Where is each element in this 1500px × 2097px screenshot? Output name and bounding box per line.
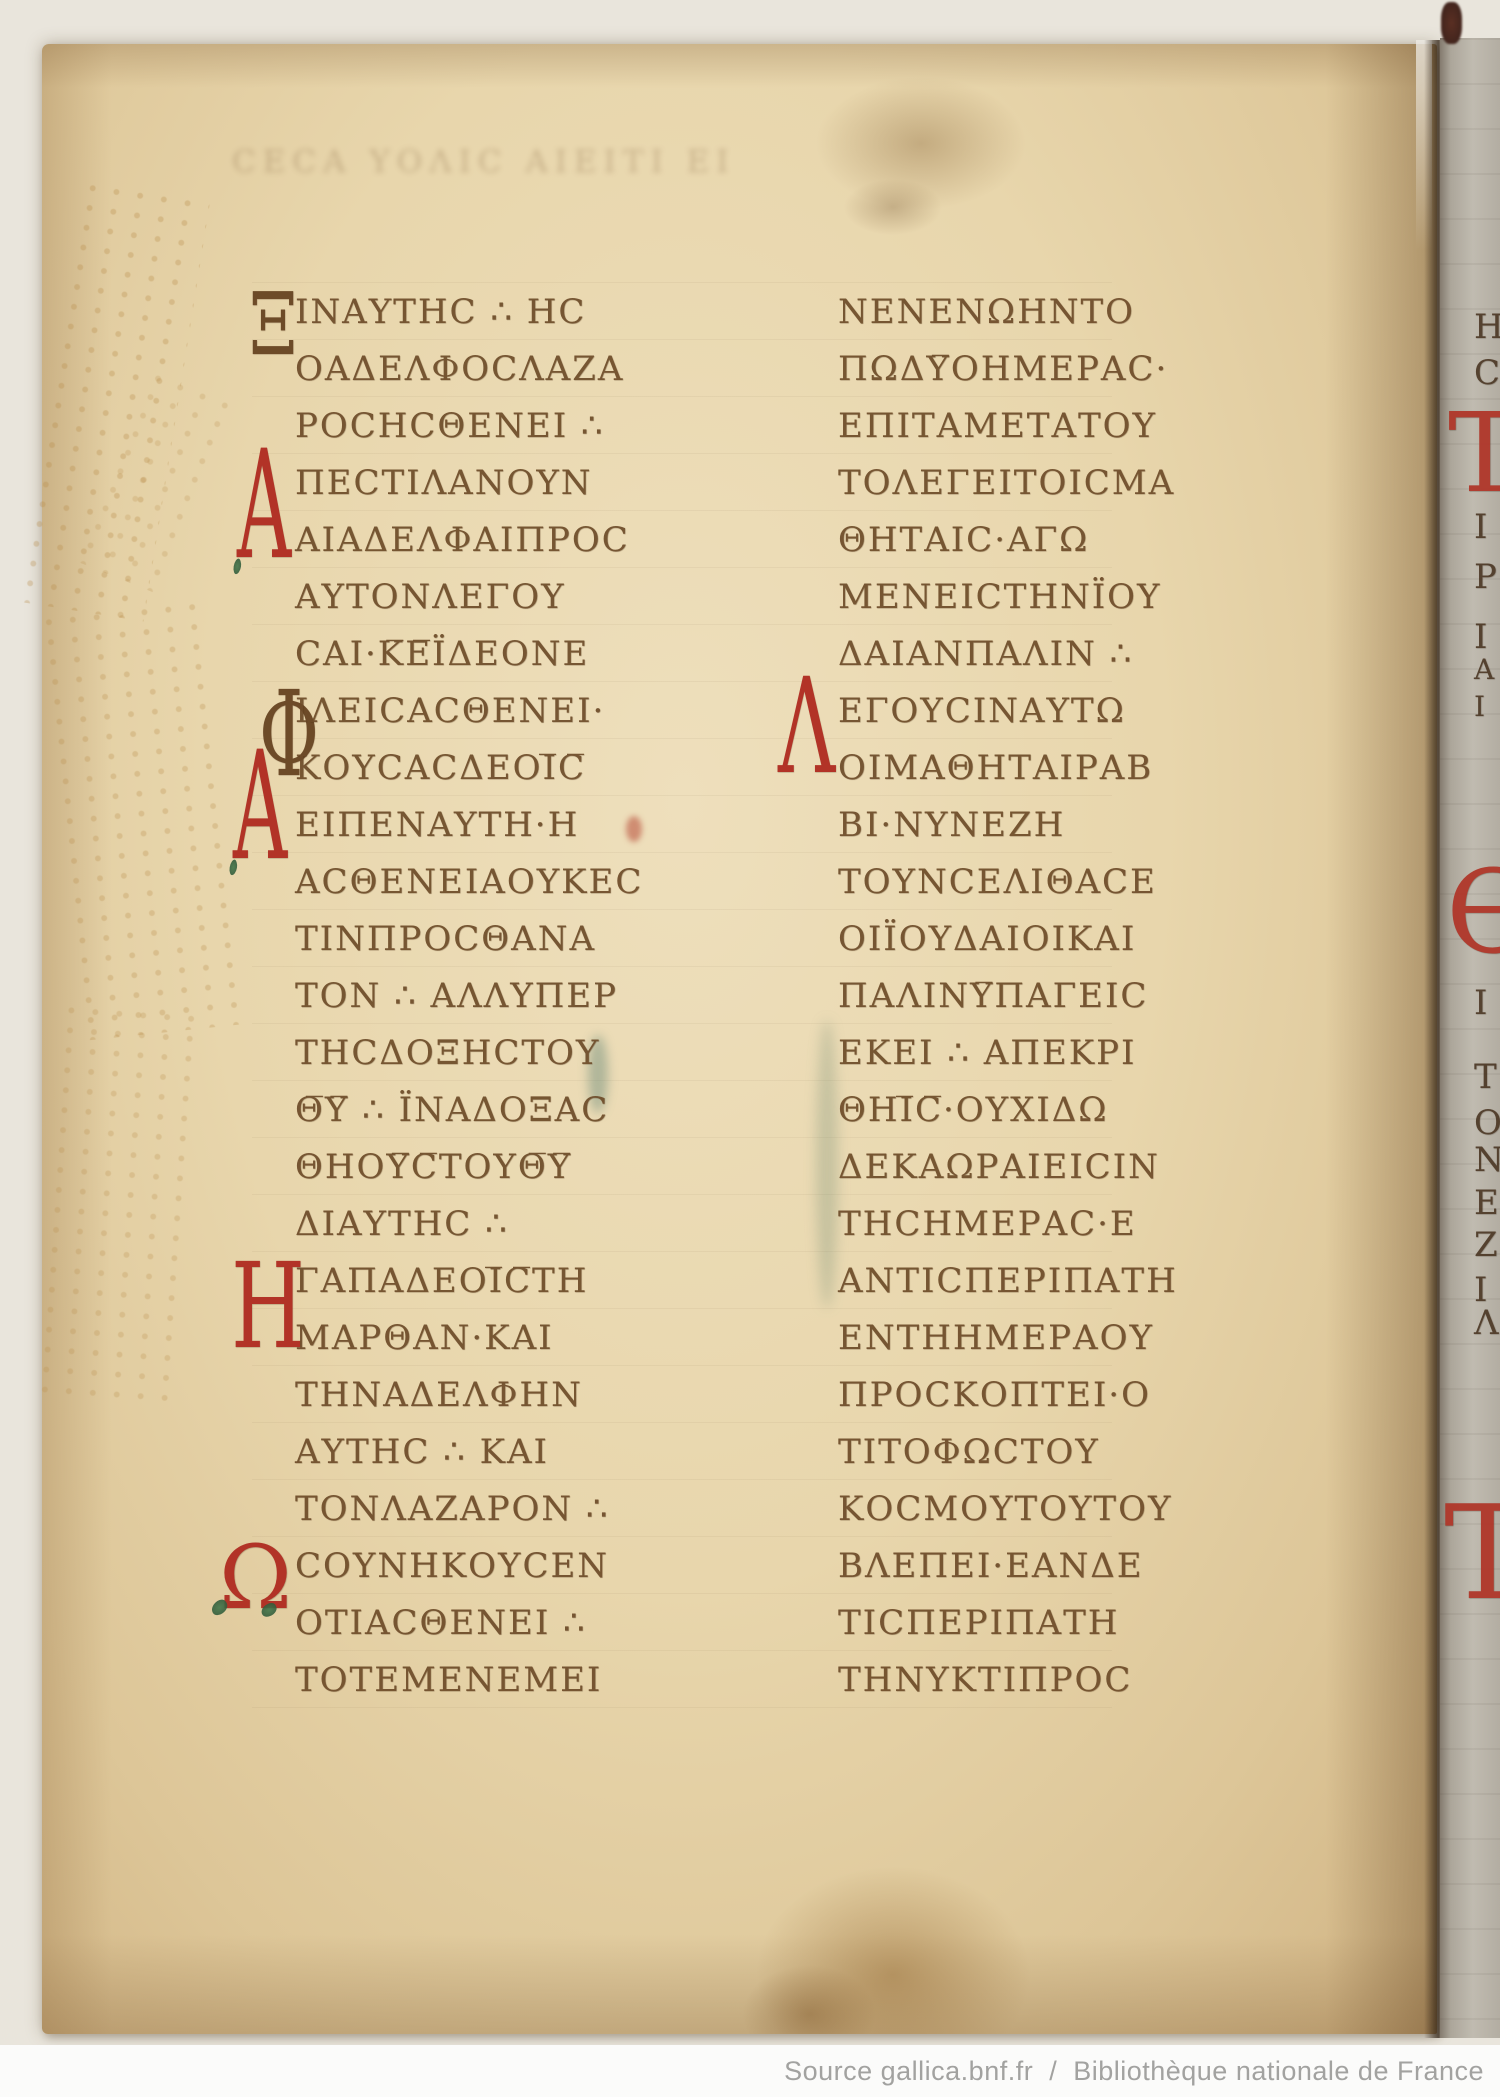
manuscript-page: ϹΕϹΑ ΥΟΛΙϹ ΑΙΕΙΤΙ ΕΙ ΞΙΝΑΥΤΗϹ ∴ ΗϹΟΑΔΕΛΦ… xyxy=(42,44,1437,2034)
greek-text: ΤΙΝΠΡΟϹΘΑΝΑ xyxy=(295,919,596,959)
greek-text: ΠΡΟϹΚΟΠΤΕΙ·Ο xyxy=(838,1375,1151,1415)
scan-background: { "page": { "faint_title": "ϹΕϹΑ ΥΟΛΙϹ Α… xyxy=(0,0,1500,2097)
clipped-letter: Ι xyxy=(1474,693,1485,721)
manuscript-line: ΤΟΝΛΑΖΑΡΟΝ ∴ xyxy=(295,1489,655,1546)
greek-text: ΑΥΤΟΝΛΕΓΟΥ xyxy=(295,577,566,617)
text-column-right: ΝΕΝΕΝΩΗΝΤΟΠΩΔΥ̅ΟΗΜΕΡΑϹ·ΕΠΙΤΑΜΕΤΑΤΟΥΤΟΛΕΓ… xyxy=(838,292,1198,1717)
greek-text: ΤΗϹΗΜΕΡΑϹ·Ε xyxy=(838,1204,1137,1244)
manuscript-line: ΑΚΟΥϹΑϹΔΕΟΙ̅Ϲ̅ xyxy=(295,748,655,805)
manuscript-line: ΤΟΛΕΓΕΙΤΟΙϹΜΑ xyxy=(838,463,1198,520)
clipped-letter: Τ xyxy=(1448,398,1500,508)
clipped-letter: Ϲ xyxy=(1474,356,1500,390)
manuscript-line: Θ̅Υ̅ ∴ ΪΝΑΔΟΞΑϹ xyxy=(295,1090,655,1147)
greek-text: ΤΙϹΠΕΡΙΠΑΤΗ xyxy=(838,1603,1119,1643)
greek-text: Θ̅Υ̅ ∴ ΪΝΑΔΟΞΑϹ xyxy=(295,1090,609,1130)
greek-text: ΕΚΕΙ ∴ ΑΠΕΚΡΙ xyxy=(838,1033,1136,1073)
manuscript-line: ΟΙΜΑΘΗΤΑΙΡΑΒ xyxy=(838,748,1198,805)
manuscript-line: ΤΗϹΔΟΞΗϹΤΟΥ xyxy=(295,1033,655,1090)
text-column-left: ΞΙΝΑΥΤΗϹ ∴ ΗϹΟΑΔΕΛΦΟϹΛΑΖΑΡΟϹΗϹΘΕΝΕΙ ∴ΑΠΕ… xyxy=(295,292,655,1717)
manuscript-line: ϹΑΙ·Κ̅Ε̅ΪΔΕΟΝΕ xyxy=(295,634,655,691)
greek-text: ΕΓΟΥϹΙΝΑΥΤΩ xyxy=(838,691,1126,731)
enlarged-letter: Ξ xyxy=(249,282,297,368)
manuscript-line: ΡΟϹΗϹΘΕΝΕΙ ∴ xyxy=(295,406,655,463)
manuscript-line: ΕΝΤΗΗΜΕΡΑΟΥ xyxy=(838,1318,1198,1375)
greek-text: ΤΗΝΑΔΕΛΦΗΝ xyxy=(295,1375,583,1415)
manuscript-line: ΤΟΤΕΜΕΝΕΜΕΙ xyxy=(295,1660,655,1717)
manuscript-line: ΑϹΘΕΝΕΙΑΟΥΚΕϹ xyxy=(295,862,655,919)
clipped-letter: Ε xyxy=(1474,1186,1499,1220)
greek-text: ΤΗΝΥΚΤΙΠΡΟϹ xyxy=(838,1660,1132,1700)
manuscript-line: ΟΤΙΑϹΘΕΝΕΙ ∴ xyxy=(295,1603,655,1660)
manuscript-line: ΜΕΝΕΙϹΤΗΝΪΟΥ xyxy=(838,577,1198,634)
worm-hole-dots xyxy=(36,597,240,1041)
clipped-letter: Λ xyxy=(1474,1306,1499,1340)
greek-text: ΟΙΪΟΥΔΑΙΟΙΚΑΙ xyxy=(838,919,1136,959)
greek-text: ΕΝΤΗΗΜΕΡΑΟΥ xyxy=(838,1318,1154,1358)
clipped-letter: Ι xyxy=(1474,1273,1487,1307)
manuscript-line: ΤΙΝΠΡΟϹΘΑΝΑ xyxy=(295,919,655,976)
greek-text: ΑΥΤΗϹ ∴ ΚΑΙ xyxy=(295,1432,549,1472)
greek-text: ΚΟϹΜΟΥΤΟΥΤΟΥ xyxy=(838,1489,1172,1529)
footer-credit-bar: Source gallica.bnf.fr / Bibliothèque nat… xyxy=(0,2045,1500,2097)
illuminated-initial: Ω xyxy=(219,1534,292,1622)
greek-text: ΤΙΤΟΦΩϹΤΟΥ xyxy=(838,1432,1100,1472)
greek-text: ΔΙΑΥΤΗϹ ∴ xyxy=(295,1204,509,1244)
manuscript-line: ΗΓΑΠΑΔΕΟΙ̅Ϲ̅ΤΗ xyxy=(295,1261,655,1318)
greek-text: ϹΟΥΝΗΚΟΥϹΕΝ xyxy=(295,1546,609,1586)
clipped-letter: Ο xyxy=(1474,1106,1500,1140)
manuscript-line: ΘΗΤΑΙϹ·ΑΓΩ xyxy=(838,520,1198,577)
manuscript-line: ΑΙΑΔΕΛΦΑΙΠΡΟϹ xyxy=(295,520,655,577)
green-smudge xyxy=(816,1020,838,1308)
greek-text: ΠΩΔΥ̅ΟΗΜΕΡΑϹ· xyxy=(838,349,1168,389)
greek-text: ΤΟΝΛΑΖΑΡΟΝ ∴ xyxy=(295,1489,610,1529)
clipped-letter: Ι xyxy=(1474,986,1487,1020)
greek-text: ΔΑΙΑΝΠΑΛΙΝ ∴ xyxy=(838,634,1133,674)
manuscript-line: ΑΥΤΟΝΛΕΓΟΥ xyxy=(295,577,655,634)
manuscript-line: ΟΙΪΟΥΔΑΙΟΙΚΑΙ xyxy=(838,919,1198,976)
greek-text: ΒΙ·ΝΥΝΕΖΗ xyxy=(838,805,1065,845)
manuscript-line: ΤΗΝΑΔΕΛΦΗΝ xyxy=(295,1375,655,1432)
faded-inscription: ϹΕϹΑ ΥΟΛΙϹ ΑΙΕΙΤΙ ΕΙ xyxy=(232,144,872,180)
greek-text: ΑΝΤΙϹΠΕΡΙΠΑΤΗ xyxy=(838,1261,1178,1301)
greek-text: ΙΛΕΙϹΑϹΘΕΝΕΙ· xyxy=(295,691,605,731)
greek-text: ΤΟΤΕΜΕΝΕΜΕΙ xyxy=(295,1660,602,1700)
manuscript-line: ΦΙΛΕΙϹΑϹΘΕΝΕΙ· xyxy=(295,691,655,748)
greek-text: ΡΟϹΗϹΘΕΝΕΙ ∴ xyxy=(295,406,605,446)
manuscript-line: ΜΑΡΘΑΝ·ΚΑΙ xyxy=(295,1318,655,1375)
clipped-letter: Ι xyxy=(1474,620,1487,654)
greek-text: ΠΕϹΤΙΛΑΝΟΥΝ xyxy=(295,463,593,503)
manuscript-line: ΘΗΙ̅Ϲ̅·ΟΥΧΙΔΩ xyxy=(838,1090,1198,1147)
greek-text: ΜΕΝΕΙϹΤΗΝΪΟΥ xyxy=(838,577,1161,617)
manuscript-line: ΤΗϹΗΜΕΡΑϹ·Ε xyxy=(838,1204,1198,1261)
clipped-letter: Α xyxy=(1474,656,1494,684)
manuscript-line: ΤΟΝ ∴ ΑΛΛΥΠΕΡ xyxy=(295,976,655,1033)
manuscript-line: ΑΠΕϹΤΙΛΑΝΟΥΝ xyxy=(295,463,655,520)
manuscript-line: ΤΟΥΝϹΕΛΙΘΑϹΕ xyxy=(838,862,1198,919)
manuscript-line: ΠΑΛΙΝΥ̅ΠΑΓΕΙϹ xyxy=(838,976,1198,1033)
clipped-letter: Ζ xyxy=(1474,1228,1498,1262)
clipped-letter: Τ xyxy=(1444,1488,1500,1618)
clipped-letter: Τ xyxy=(1474,1060,1497,1094)
footer-credit: Source gallica.bnf.fr / Bibliothèque nat… xyxy=(784,2056,1500,2087)
manuscript-line: ΘΗΟΥ̅Ϲ̅ΤΟΥΘ̅Υ̅ xyxy=(295,1147,655,1204)
manuscript-line: ΔΑΙΑΝΠΑΛΙΝ ∴ xyxy=(838,634,1198,691)
greek-text: ΤΟΛΕΓΕΙΤΟΙϹΜΑ xyxy=(838,463,1175,503)
worm-hole-dots xyxy=(32,1000,200,1409)
clipped-letter: Ν xyxy=(1474,1143,1500,1177)
facing-page-edge: ΗϹΤΙΡΙΑΙЄΙΤΟΝΕΖΙΛΤ xyxy=(1440,38,1500,2038)
manuscript-line: ΔΙΑΥΤΗϹ ∴ xyxy=(295,1204,655,1261)
greek-text: ΟΙΜΑΘΗΤΑΙΡΑΒ xyxy=(838,748,1153,788)
manuscript-line: ΝΕΝΕΝΩΗΝΤΟ xyxy=(838,292,1198,349)
manuscript-line: ΒΙ·ΝΥΝΕΖΗ xyxy=(838,805,1198,862)
manuscript-line: ΞΙΝΑΥΤΗϹ ∴ ΗϹ xyxy=(295,292,655,349)
greek-text: ΜΑΡΘΑΝ·ΚΑΙ xyxy=(295,1318,554,1358)
greek-text: ΝΕΝΕΝΩΗΝΤΟ xyxy=(838,292,1135,332)
manuscript-line: ΕΚΕΙ ∴ ΑΠΕΚΡΙ xyxy=(838,1033,1198,1090)
greek-text: ΔΕΚΑΩΡΑΙΕΙϹΙΝ xyxy=(838,1147,1160,1187)
greek-text: ΟΤΙΑϹΘΕΝΕΙ ∴ xyxy=(295,1603,587,1643)
greek-text: ΘΗΙ̅Ϲ̅·ΟΥΧΙΔΩ xyxy=(838,1090,1108,1130)
greek-text: ΓΑΠΑΔΕΟΙ̅Ϲ̅ΤΗ xyxy=(295,1261,588,1301)
manuscript-line: ΤΙΤΟΦΩϹΤΟΥ xyxy=(838,1432,1198,1489)
clipped-letter: Є xyxy=(1446,856,1500,971)
illuminated-initial: Α xyxy=(237,431,291,581)
clipped-letter: Ρ xyxy=(1474,560,1497,594)
manuscript-line: ΕΙΠΕΝΑΥΤΗ·Η xyxy=(295,805,655,862)
manuscript-line: ΟΑΔΕΛΦΟϹΛΑΖΑ xyxy=(295,349,655,406)
greek-text: ϹΑΙ·Κ̅Ε̅ΪΔΕΟΝΕ xyxy=(295,634,589,674)
illuminated-initial: Λ xyxy=(778,661,835,793)
manuscript-line: ΑΝΤΙϹΠΕΡΙΠΑΤΗ xyxy=(838,1261,1198,1318)
manuscript-line: ΛΕΓΟΥϹΙΝΑΥΤΩ xyxy=(838,691,1198,748)
greek-text: ΙΝΑΥΤΗϹ ∴ ΗϹ xyxy=(295,292,586,332)
manuscript-line: ΩϹΟΥΝΗΚΟΥϹΕΝ xyxy=(295,1546,655,1603)
clipped-letter: Ι xyxy=(1474,510,1487,544)
greek-text: ΘΗΤΑΙϹ·ΑΓΩ xyxy=(838,520,1089,560)
manuscript-line: ΔΕΚΑΩΡΑΙΕΙϹΙΝ xyxy=(838,1147,1198,1204)
manuscript-line: ΚΟϹΜΟΥΤΟΥΤΟΥ xyxy=(838,1489,1198,1546)
manuscript-line: ΕΠΙΤΑΜΕΤΑΤΟΥ xyxy=(838,406,1198,463)
greek-text: ΤΗϹΔΟΞΗϹΤΟΥ xyxy=(295,1033,600,1073)
manuscript-line: ΠΡΟϹΚΟΠΤΕΙ·Ο xyxy=(838,1375,1198,1432)
greek-text: ΕΙΠΕΝΑΥΤΗ·Η xyxy=(295,805,579,845)
manuscript-line: ΒΛΕΠΕΙ·ΕΑΝΔΕ xyxy=(838,1546,1198,1603)
greek-text: ΕΠΙΤΑΜΕΤΑΤΟΥ xyxy=(838,406,1157,446)
greek-text: ΟΑΔΕΛΦΟϹΛΑΖΑ xyxy=(295,349,624,389)
greek-text: ΤΟΥΝϹΕΛΙΘΑϹΕ xyxy=(838,862,1157,902)
manuscript-line: ΤΙϹΠΕΡΙΠΑΤΗ xyxy=(838,1603,1198,1660)
greek-text: ΚΟΥϹΑϹΔΕΟΙ̅Ϲ̅ xyxy=(295,748,586,788)
manuscript-line: ΑΥΤΗϹ ∴ ΚΑΙ xyxy=(295,1432,655,1489)
greek-text: ΤΟΝ ∴ ΑΛΛΥΠΕΡ xyxy=(295,976,618,1016)
binding xyxy=(1441,2,1462,44)
manuscript-line: ΠΩΔΥ̅ΟΗΜΕΡΑϹ· xyxy=(838,349,1198,406)
greek-text: ΠΑΛΙΝΥ̅ΠΑΓΕΙϹ xyxy=(838,976,1148,1016)
greek-text: ΑΙΑΔΕΛΦΑΙΠΡΟϹ xyxy=(295,520,630,560)
illuminated-initial: Α xyxy=(233,732,287,882)
greek-text: ΑϹΘΕΝΕΙΑΟΥΚΕϹ xyxy=(295,862,643,902)
greek-text: ΘΗΟΥ̅Ϲ̅ΤΟΥΘ̅Υ̅ xyxy=(295,1147,572,1187)
illuminated-initial: Η xyxy=(231,1247,305,1365)
greek-text: ΒΛΕΠΕΙ·ΕΑΝΔΕ xyxy=(838,1546,1144,1586)
manuscript-line: ΤΗΝΥΚΤΙΠΡΟϹ xyxy=(838,1660,1198,1717)
clipped-letter: Η xyxy=(1474,310,1500,344)
